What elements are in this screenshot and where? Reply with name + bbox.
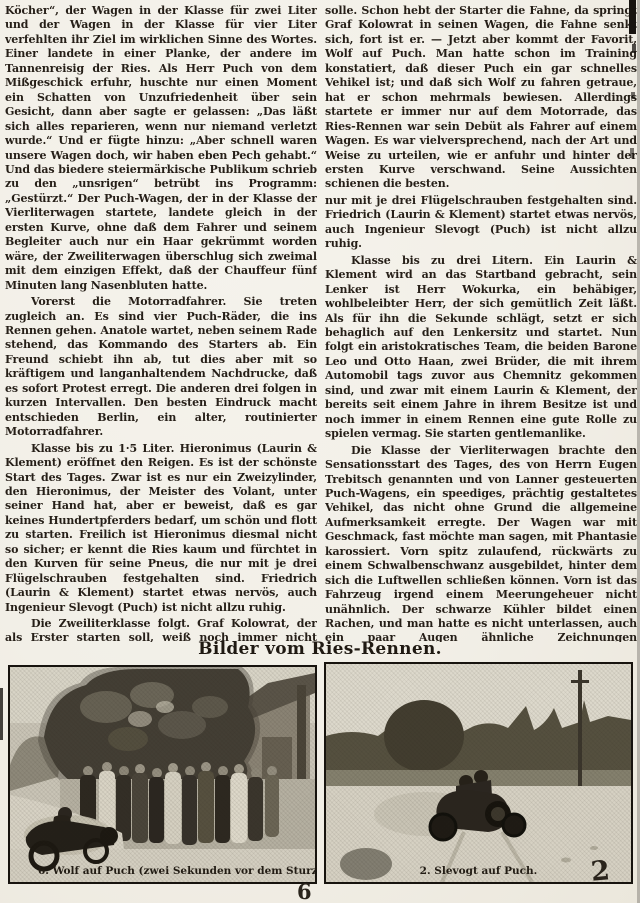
section-heading-bilder-vom-ries-rennen: Bilder vom Ries-Rennen. (0, 639, 640, 659)
text-column-left: Köcher“, der Wagen in der Klasse für zwe… (5, 4, 317, 642)
scan-artifact-top-right-bar (629, 0, 636, 34)
paragraph-crash-report: Köcher“, der Wagen in der Klasse für zwe… (5, 4, 317, 293)
photo-slevogt-auf-puch: 2. Slevogt auf Puch. (324, 662, 633, 884)
paragraph-class-1-5-liter: Klasse bis zu 1·5 Liter. Hieronimus (Lau… (5, 442, 317, 615)
scan-artifact-right-mark (630, 148, 634, 158)
round-tree (384, 700, 464, 772)
road-stone (590, 846, 598, 850)
page-number-6: 6 (297, 879, 312, 903)
paragraph-four-liter-class: Die Klasse der Vierliterwagen brachte de… (325, 444, 637, 642)
photo-caption-right: 2. Slevogt auf Puch. (326, 865, 631, 877)
page-number-2: 2 (590, 855, 611, 888)
paragraph-three-liter-class: Klasse bis zu drei Litern. Ein Laurin & … (325, 254, 637, 442)
photo-wolf-auf-puch: 6. Wolf auf Puch (zwei Sekunden vor dem … (8, 665, 317, 884)
paragraph-kolowrat-wolf-start: solle. Schon hebt der Starter die Fahne,… (325, 4, 637, 192)
photo-illustration-crowd-scene (10, 667, 315, 882)
newspaper-page-scan: Köcher“, der Wagen in der Klasse für zwe… (0, 0, 640, 903)
photo-illustration-road-scene (326, 664, 631, 882)
road-stone (561, 858, 571, 863)
scan-artifact-left-edge (0, 688, 3, 740)
paragraph-duplicated-lines: nur mit je drei Flügelschrauben festgeha… (325, 194, 637, 252)
scan-artifact-right-mark (631, 92, 635, 99)
scan-artifact-right-mark (632, 44, 636, 53)
text-column-right: solle. Schon hebt der Starter die Fahne,… (325, 4, 637, 642)
paragraph-motorcyclists: Vorerst die Motorradfahrer. Sie treten z… (5, 295, 317, 440)
photo-caption-left: 6. Wolf auf Puch (zwei Sekunden vor dem … (38, 865, 317, 877)
